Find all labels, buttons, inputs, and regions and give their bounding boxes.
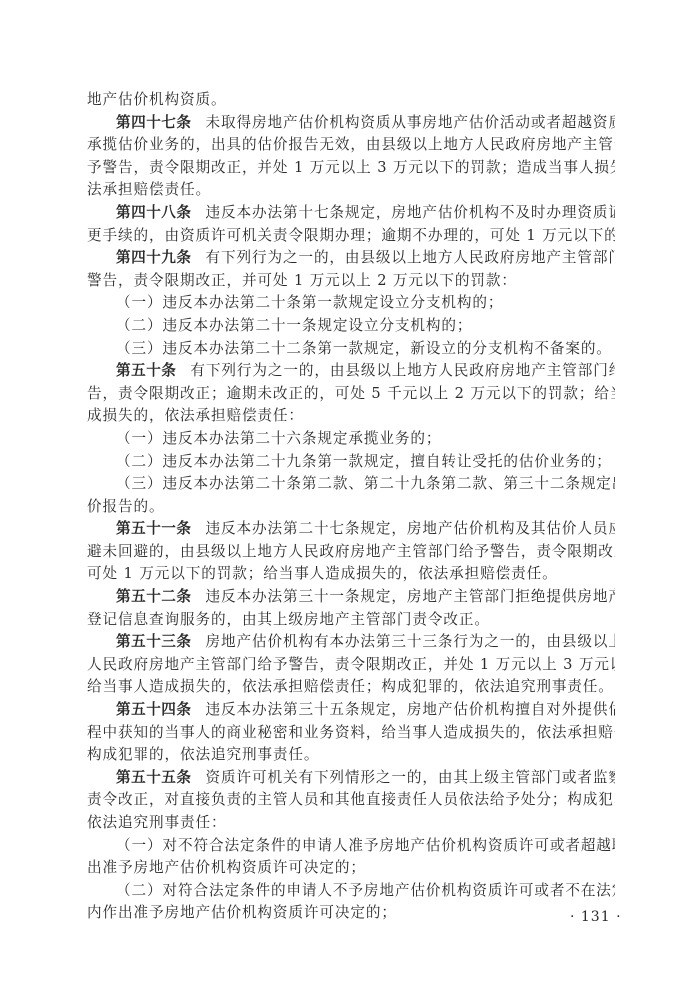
article-heading-line: 第四十七条未取得房地产估价机构资质从事房地产估价活动或者超越资质等级: [87, 112, 615, 135]
line-text: 构成犯罪的，依法追究刑事责任。: [87, 746, 319, 763]
text-line: （三）违反本办法第二十条第二款、第二十九条第二款、第三十二条规定出具估: [87, 473, 615, 496]
text-line: 程中获知的当事人的商业秘密和业务资料，给当事人造成损失的，依法承担赔偿责任；: [87, 722, 615, 745]
article-number: 第四十九条: [116, 249, 191, 266]
line-text: 出准予房地产估价机构资质许可决定的；: [87, 859, 366, 876]
document-body: 地产估价机构资质。第四十七条未取得房地产估价机构资质从事房地产估价活动或者超越资…: [87, 89, 615, 925]
article-heading-line: 第五十一条违反本办法第二十七条规定，房地产估价机构及其估价人员应当回: [87, 518, 615, 541]
text-line: 地产估价机构资质。: [87, 89, 615, 112]
text-line: 告，责令限期改正；逾期未改正的，可处 5 千元以上 2 万元以下的罚款；给当事人…: [87, 383, 615, 406]
text-line: 价报告的。: [87, 496, 615, 519]
text-line: （三）违反本办法第二十二条第一款规定，新设立的分支机构不备案的。: [87, 338, 615, 361]
line-text: 程中获知的当事人的商业秘密和业务资料，给当事人造成损失的，依法承担赔偿责任；: [87, 724, 615, 741]
text-line: 予警告，责令限期改正，并处 1 万元以上 3 万元以下的罚款；造成当事人损失的，…: [87, 157, 615, 180]
text-line: 法承担赔偿责任。: [87, 179, 615, 202]
text-line: （一）违反本办法第二十条第一款规定设立分支机构的；: [87, 292, 615, 315]
line-text: 责令改正，对直接负责的主管人员和其他直接责任人员依法给予处分；构成犯罪的，: [87, 791, 615, 808]
article-heading-line: 第五十三条房地产估价机构有本办法第三十三条行为之一的，由县级以上地方: [87, 631, 615, 654]
line-text: （三）违反本办法第二十条第二款、第二十九条第二款、第三十二条规定出具估: [116, 475, 615, 492]
line-text: （一）违反本办法第二十六条规定承揽业务的；: [116, 430, 441, 447]
article-heading-line: 第五十四条违反本办法第三十五条规定，房地产估价机构擅自对外提供估价过: [87, 699, 615, 722]
line-text: 法承担赔偿责任。: [87, 181, 211, 198]
text-line: 避未回避的，由县级以上地方人民政府房地产主管部门给予警告，责令限期改正，并: [87, 541, 615, 564]
text-line: 出准予房地产估价机构资质许可决定的；: [87, 857, 615, 880]
article-heading-line: 第五十条有下列行为之一的，由县级以上地方人民政府房地产主管部门给予警: [87, 360, 615, 383]
line-text: 违反本办法第三十五条规定，房地产估价机构擅自对外提供估价过: [205, 701, 615, 718]
text-line: 更手续的，由资质许可机关责令限期办理；逾期不办理的，可处 1 万元以下的罚款。: [87, 225, 615, 248]
text-line: （一）违反本办法第二十六条规定承揽业务的；: [87, 428, 615, 451]
text-line: 给当事人造成损失的，依法承担赔偿责任；构成犯罪的，依法追究刑事责任。: [87, 676, 615, 699]
text-line: 成损失的，依法承担赔偿责任：: [87, 405, 615, 428]
line-text: 有下列行为之一的，由县级以上地方人民政府房地产主管部门给予警: [190, 362, 615, 379]
text-line: （二）违反本办法第二十一条规定设立分支机构的；: [87, 315, 615, 338]
article-number: 第四十七条: [116, 114, 191, 131]
article-heading-line: 第五十二条违反本办法第三十一条规定，房地产主管部门拒绝提供房地产交易、: [87, 586, 615, 609]
article-heading-line: 第四十九条有下列行为之一的，由县级以上地方人民政府房地产主管部门给予: [87, 247, 615, 270]
line-text: 未取得房地产估价机构资质从事房地产估价活动或者超越资质等级: [205, 114, 615, 131]
text-line: 登记信息查询服务的，由其上级房地产主管部门责令改正。: [87, 609, 615, 632]
line-text: 警告，责令限期改正，并可处 1 万元以上 2 万元以下的罚款：: [87, 272, 517, 289]
article-number: 第五十三条: [116, 633, 191, 650]
text-line: 构成犯罪的，依法追究刑事责任。: [87, 744, 615, 767]
line-text: （二）对符合法定条件的申请人不予房地产估价机构资质许可或者不在法定期限: [116, 882, 615, 899]
article-number: 第五十二条: [116, 588, 191, 605]
line-text: 给当事人造成损失的，依法承担赔偿责任；构成犯罪的，依法追究刑事责任。: [87, 678, 614, 695]
line-text: 登记信息查询服务的，由其上级房地产主管部门责令改正。: [87, 611, 490, 628]
line-text: 避未回避的，由县级以上地方人民政府房地产主管部门给予警告，责令限期改正，并: [87, 543, 615, 560]
article-heading-line: 第五十五条资质许可机关有下列情形之一的，由其上级主管部门或者监察机关: [87, 767, 615, 790]
text-line: （一）对不符合法定条件的申请人准予房地产估价机构资质许可或者超越职权作: [87, 835, 615, 858]
line-text: （一）违反本办法第二十条第一款规定设立分支机构的；: [116, 294, 503, 311]
line-text: （二）违反本办法第二十一条规定设立分支机构的；: [116, 317, 472, 334]
line-text: （三）违反本办法第二十二条第一款规定，新设立的分支机构不备案的。: [116, 340, 612, 357]
text-line: 可处 1 万元以下的罚款；给当事人造成损失的，依法承担赔偿责任。: [87, 563, 615, 586]
article-number: 第五十条: [116, 362, 176, 379]
line-text: 违反本办法第二十七条规定，房地产估价机构及其估价人员应当回: [205, 520, 615, 537]
line-text: 依法追究刑事责任：: [87, 814, 226, 831]
text-line: 责令改正，对直接负责的主管人员和其他直接责任人员依法给予处分；构成犯罪的，: [87, 789, 615, 812]
line-text: 内作出准予房地产估价机构资质许可决定的；: [87, 904, 397, 921]
text-line: 警告，责令限期改正，并可处 1 万元以上 2 万元以下的罚款：: [87, 270, 615, 293]
text-line: （二）对符合法定条件的申请人不予房地产估价机构资质许可或者不在法定期限: [87, 880, 615, 903]
line-text: 更手续的，由资质许可机关责令限期办理；逾期不办理的，可处 1 万元以下的罚款。: [87, 227, 615, 244]
line-text: 资质许可机关有下列情形之一的，由其上级主管部门或者监察机关: [205, 769, 615, 786]
line-text: 违反本办法第三十一条规定，房地产主管部门拒绝提供房地产交易、: [205, 588, 615, 605]
text-line: 承揽估价业务的，出具的估价报告无效，由县级以上地方人民政府房地产主管部门给: [87, 134, 615, 157]
line-text: （一）对不符合法定条件的申请人准予房地产估价机构资质许可或者超越职权作: [116, 837, 615, 854]
article-number: 第五十四条: [116, 701, 191, 718]
line-text: 有下列行为之一的，由县级以上地方人民政府房地产主管部门给予: [205, 249, 615, 266]
line-text: 可处 1 万元以下的罚款；给当事人造成损失的，依法承担赔偿责任。: [87, 565, 558, 582]
line-text: 人民政府房地产主管部门给予警告，责令限期改正，并处 1 万元以上 3 万元以下的…: [87, 656, 615, 673]
article-heading-line: 第四十八条违反本办法第十七条规定，房地产估价机构不及时办理资质证书变: [87, 202, 615, 225]
article-number: 第四十八条: [116, 204, 191, 221]
line-text: 承揽估价业务的，出具的估价报告无效，由县级以上地方人民政府房地产主管部门给: [87, 136, 615, 153]
article-number: 第五十一条: [116, 520, 191, 537]
line-text: 违反本办法第十七条规定，房地产估价机构不及时办理资质证书变: [205, 204, 615, 221]
line-text: 地产估价机构资质。: [87, 91, 226, 108]
line-text: 予警告，责令限期改正，并处 1 万元以上 3 万元以下的罚款；造成当事人损失的，…: [87, 159, 615, 176]
text-line: （二）违反本办法第二十九条第一款规定，擅自转让受托的估价业务的；: [87, 451, 615, 474]
text-line: 依法追究刑事责任：: [87, 812, 615, 835]
line-text: （二）违反本办法第二十九条第一款规定，擅自转让受托的估价业务的；: [116, 453, 612, 470]
article-number: 第五十五条: [116, 769, 191, 786]
line-text: 房地产估价机构有本办法第三十三条行为之一的，由县级以上地方: [205, 633, 615, 650]
page-number: · 131 ·: [570, 909, 622, 925]
text-line: 内作出准予房地产估价机构资质许可决定的；: [87, 902, 615, 925]
line-text: 价报告的。: [87, 498, 164, 515]
text-line: 人民政府房地产主管部门给予警告，责令限期改正，并处 1 万元以上 3 万元以下的…: [87, 654, 615, 677]
line-text: 告，责令限期改正；逾期未改正的，可处 5 千元以上 2 万元以下的罚款；给当事人…: [87, 385, 615, 402]
line-text: 成损失的，依法承担赔偿责任：: [87, 407, 304, 424]
